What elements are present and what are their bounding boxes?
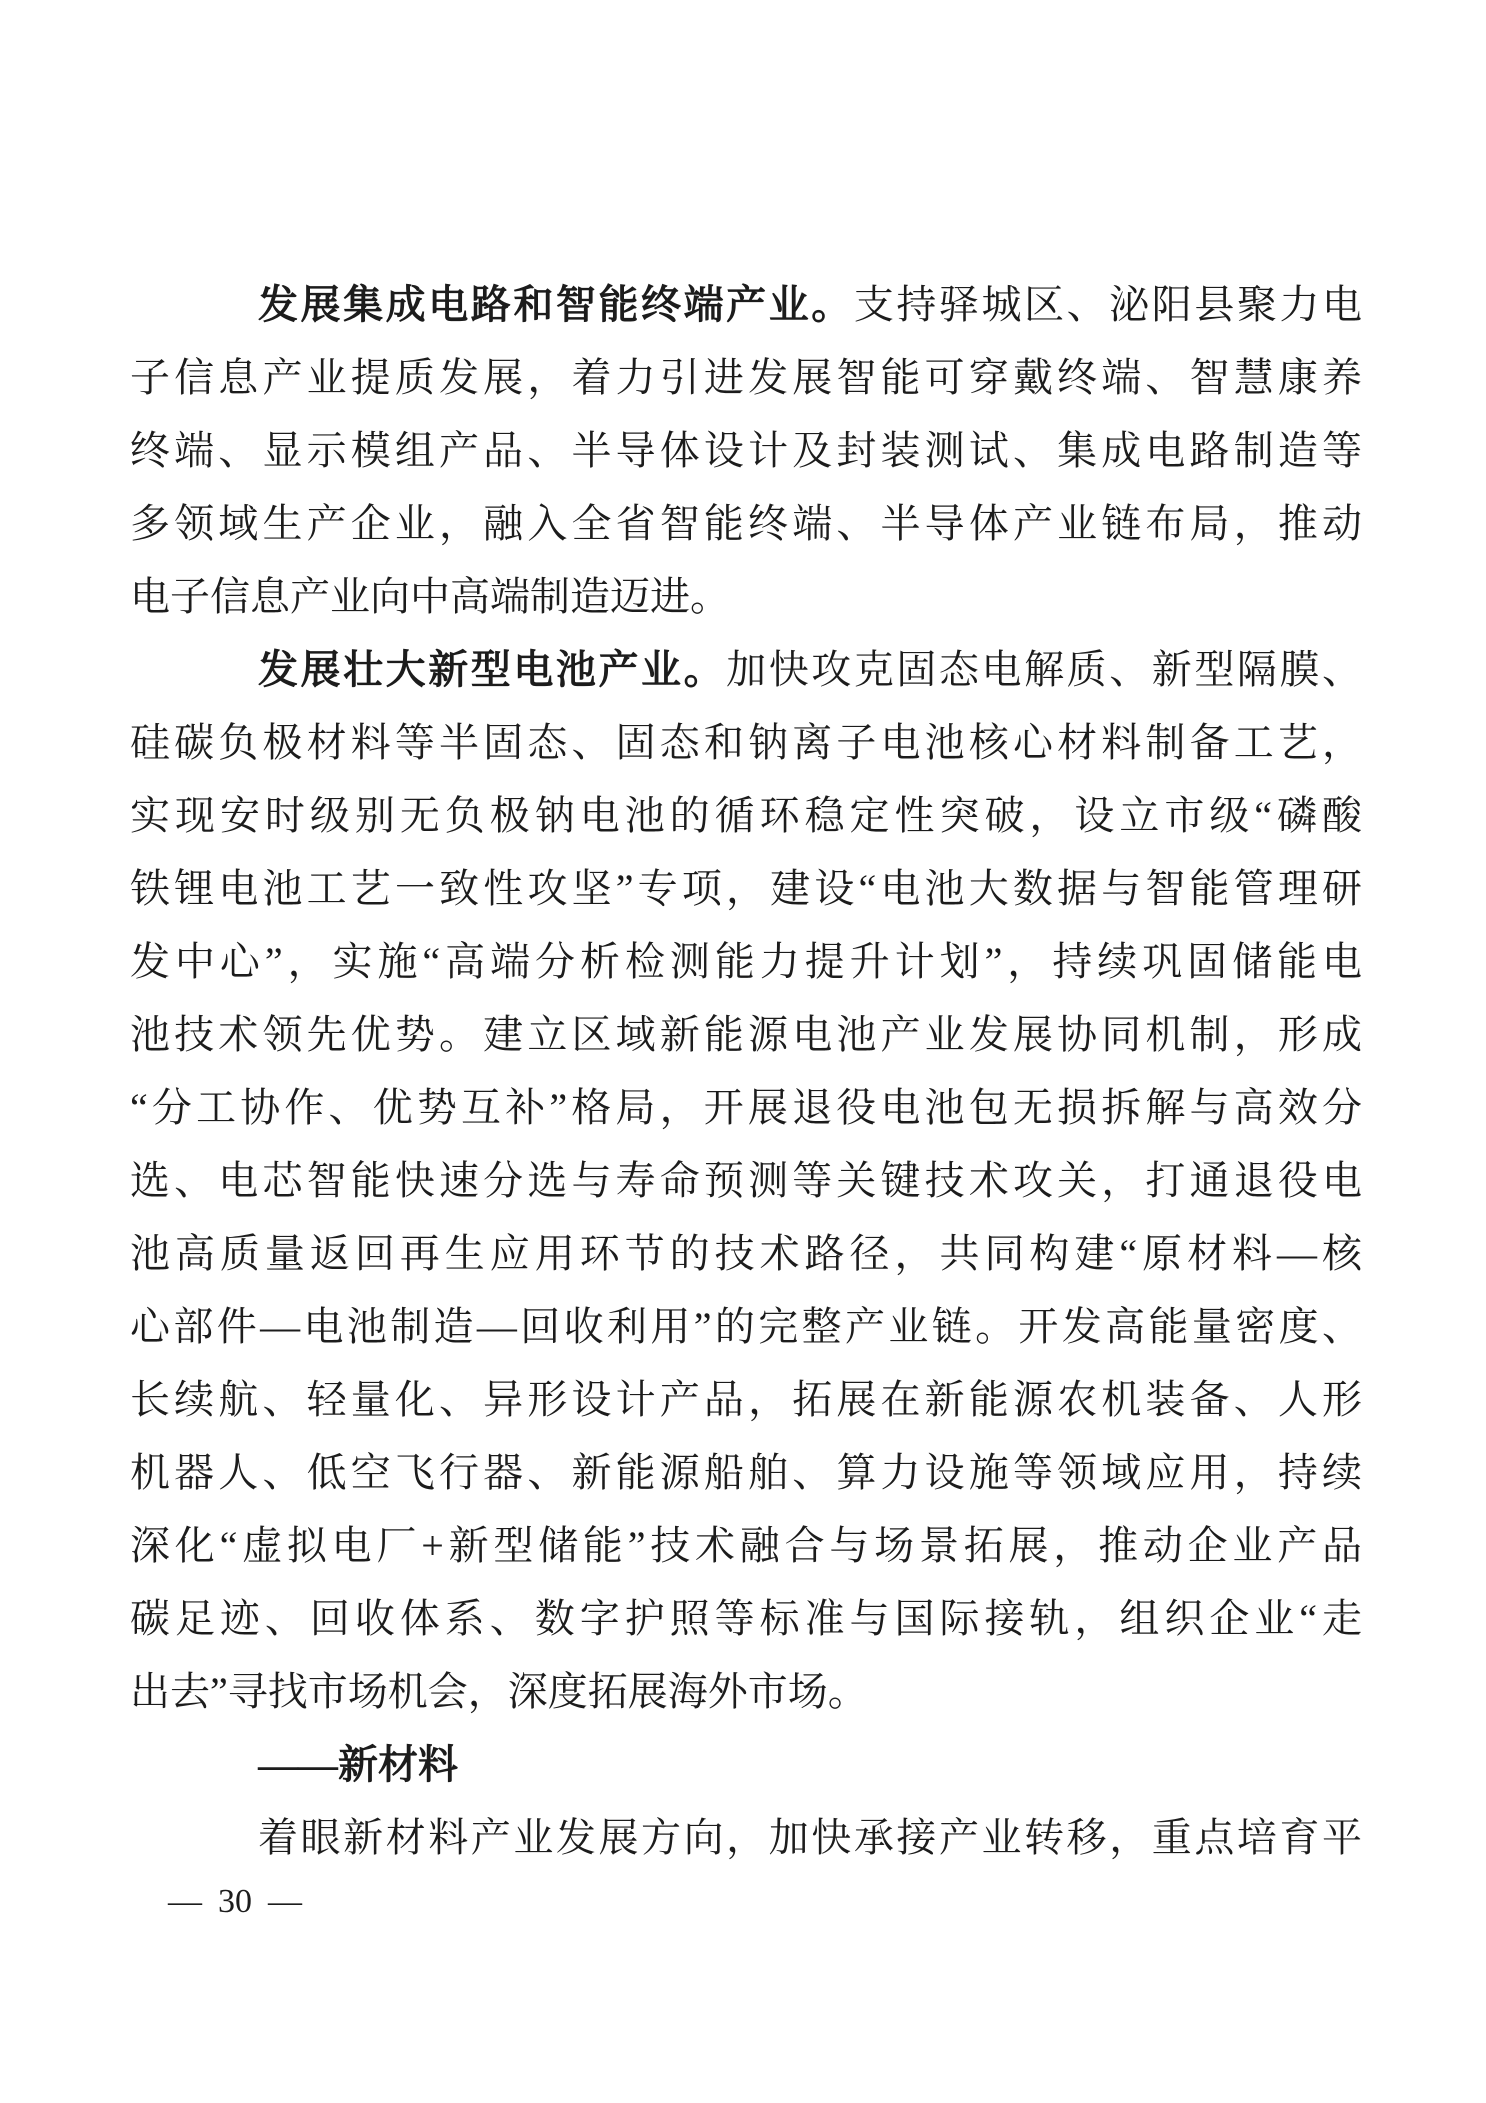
paragraph-lead-line: 发展壮大新型电池产业。加快攻克固态电解质、新型隔膜、 bbox=[130, 633, 1362, 706]
text-line: 着眼新材料产业发展方向，加快承接产业转移，重点培育平 bbox=[130, 1801, 1362, 1874]
text-line: 深化“虚拟电厂+新型储能”技术融合与场景拓展，推动企业产品 bbox=[130, 1509, 1362, 1582]
text-line: 终端、显示模组产品、半导体设计及封装测试、集成电路制造等 bbox=[130, 414, 1362, 487]
text-line: 池技术领先优势。建立区域新能源电池产业发展协同机制，形成 bbox=[130, 998, 1362, 1071]
paragraph-end-line: 出去”寻找市场机会，深度拓展海外市场。 bbox=[130, 1655, 1362, 1728]
text-line: 子信息产业提质发展，着力引进发展智能可穿戴终端、智慧康养 bbox=[130, 341, 1362, 414]
text-line: 选、电芯智能快速分选与寿命预测等关键技术攻关，打通退役电 bbox=[130, 1144, 1362, 1217]
run-in-heading: 发展壮大新型电池产业。 bbox=[258, 647, 726, 692]
document-body: 发展集成电路和智能终端产业。支持驿城区、泌阳县聚力电 子信息产业提质发展，着力引… bbox=[130, 268, 1362, 1874]
footer-left-dash: — bbox=[168, 1880, 202, 1924]
text-line: 铁锂电池工艺一致性攻坚”专项，建设“电池大数据与智能管理研 bbox=[130, 852, 1362, 925]
text-line: 多领域生产企业，融入全省智能终端、半导体产业链布局，推动 bbox=[130, 487, 1362, 560]
line-text: 支持驿城区、泌阳县聚力电 bbox=[854, 282, 1362, 327]
text-line: 长续航、轻量化、异形设计产品，拓展在新能源农机装备、人形 bbox=[130, 1363, 1362, 1436]
text-line: 池高质量返回再生应用环节的技术路径，共同构建“原材料—核 bbox=[130, 1217, 1362, 1290]
text-line: 发中心”，实施“高端分析检测能力提升计划”，持续巩固储能电 bbox=[130, 925, 1362, 998]
text-line: 硅碳负极材料等半固态、固态和钠离子电池核心材料制备工艺， bbox=[130, 706, 1362, 779]
text-line: 实现安时级别无负极钠电池的循环稳定性突破，设立市级“磷酸 bbox=[130, 779, 1362, 852]
footer-right-dash: — bbox=[268, 1880, 302, 1924]
run-in-heading: 发展集成电路和智能终端产业。 bbox=[258, 282, 854, 327]
paragraph-lead-line: 发展集成电路和智能终端产业。支持驿城区、泌阳县聚力电 bbox=[130, 268, 1362, 341]
text-line: 机器人、低空飞行器、新能源船舶、算力设施等领域应用，持续 bbox=[130, 1436, 1362, 1509]
page-footer: —30— bbox=[168, 1880, 302, 1924]
document-page: 发展集成电路和智能终端产业。支持驿城区、泌阳县聚力电 子信息产业提质发展，着力引… bbox=[0, 0, 1486, 2103]
line-text: 加快攻克固态电解质、新型隔膜、 bbox=[726, 647, 1362, 692]
section-heading: ——新材料 bbox=[130, 1728, 1362, 1801]
text-line: “分工协作、优势互补”格局，开展退役电池包无损拆解与高效分 bbox=[130, 1071, 1362, 1144]
paragraph-end-line: 电子信息产业向中高端制造迈进。 bbox=[130, 560, 1362, 633]
text-line: 心部件—电池制造—回收利用”的完整产业链。开发高能量密度、 bbox=[130, 1290, 1362, 1363]
text-line: 碳足迹、回收体系、数字护照等标准与国际接轨，组织企业“走 bbox=[130, 1582, 1362, 1655]
page-number: 30 bbox=[218, 1880, 252, 1924]
